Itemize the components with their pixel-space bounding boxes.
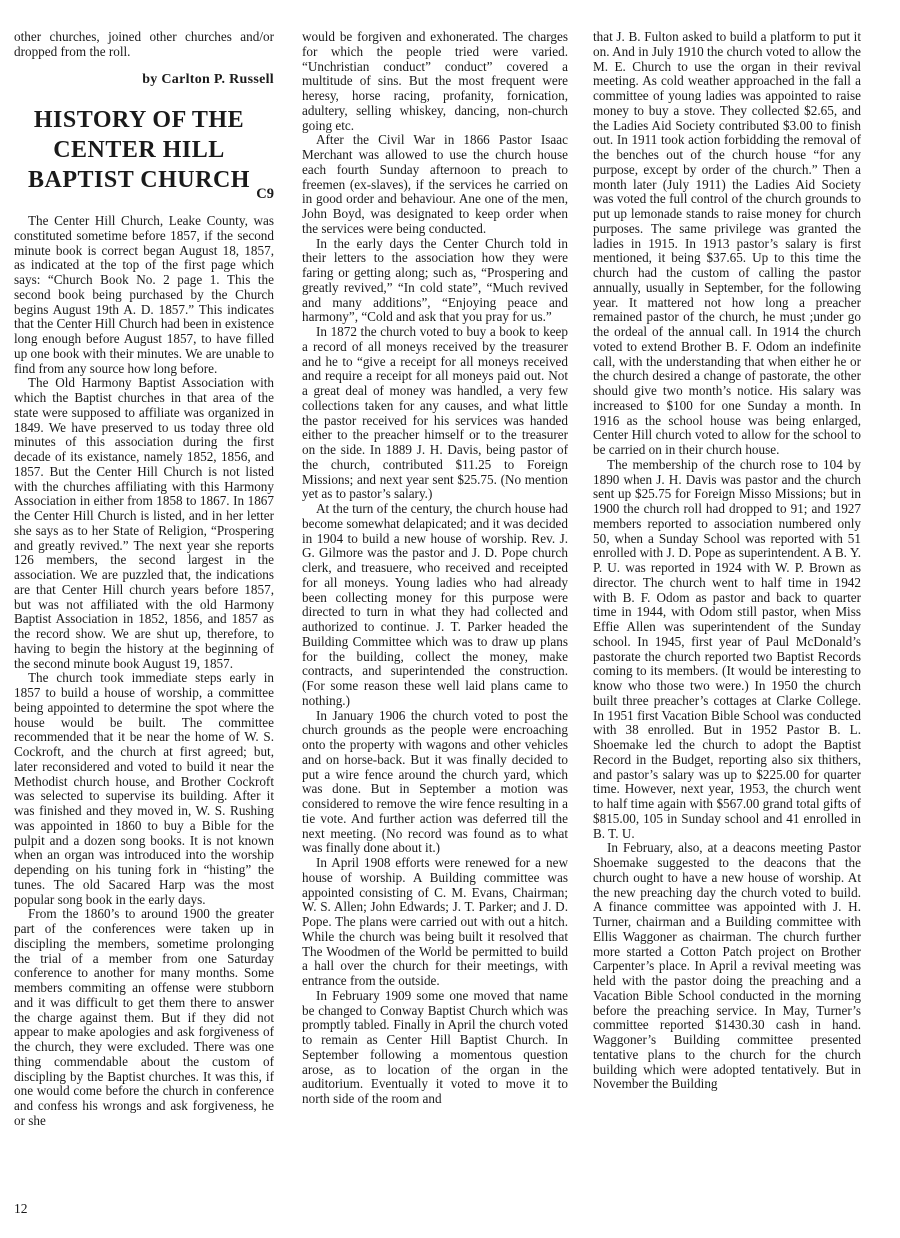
paragraph: that J. B. Fulton asked to build a platf… (593, 30, 861, 458)
article-title: HISTORY OF THE CENTER HILL BAPTIST CHURC… (14, 105, 274, 195)
paragraph: would be forgiven and exhonerated. The c… (302, 30, 568, 133)
byline: by Carlton P. Russell (14, 73, 274, 88)
paragraph: The Center Hill Church, Leake County, wa… (14, 214, 274, 376)
paragraph: In February, also, at a deacons meeting … (593, 841, 861, 1092)
paragraph: The church took immediate steps early in… (14, 671, 274, 907)
title-line-2: CENTER HILL (14, 135, 274, 165)
paragraph: The membership of the church rose to 104… (593, 458, 861, 842)
paragraph: After the Civil War in 1866 Pastor Isaac… (302, 133, 568, 236)
column-2: would be forgiven and exhonerated. The c… (302, 30, 568, 1107)
lead-in-text: other churches, joined other churches an… (14, 30, 274, 60)
column-3: that J. B. Fulton asked to build a platf… (593, 30, 861, 1092)
column-1: other churches, joined other churches an… (14, 30, 274, 1129)
paragraph: From the 1860’s to around 1900 the great… (14, 907, 274, 1128)
paragraph: In February 1909 some one moved that nam… (302, 989, 568, 1107)
paragraph: At the turn of the century, the church h… (302, 502, 568, 709)
paragraph: In 1872 the church voted to buy a book t… (302, 325, 568, 502)
paragraph: In the early days the Center Church told… (302, 237, 568, 326)
page-number: 12 (14, 1201, 28, 1217)
paragraph: The Old Harmony Baptist Association with… (14, 376, 274, 671)
paragraph: In January 1906 the church voted to post… (302, 709, 568, 857)
paragraph: In April 1908 efforts were renewed for a… (302, 856, 568, 989)
title-line-3: BAPTIST CHURCH (14, 165, 274, 195)
title-line-1: HISTORY OF THE (14, 105, 274, 135)
